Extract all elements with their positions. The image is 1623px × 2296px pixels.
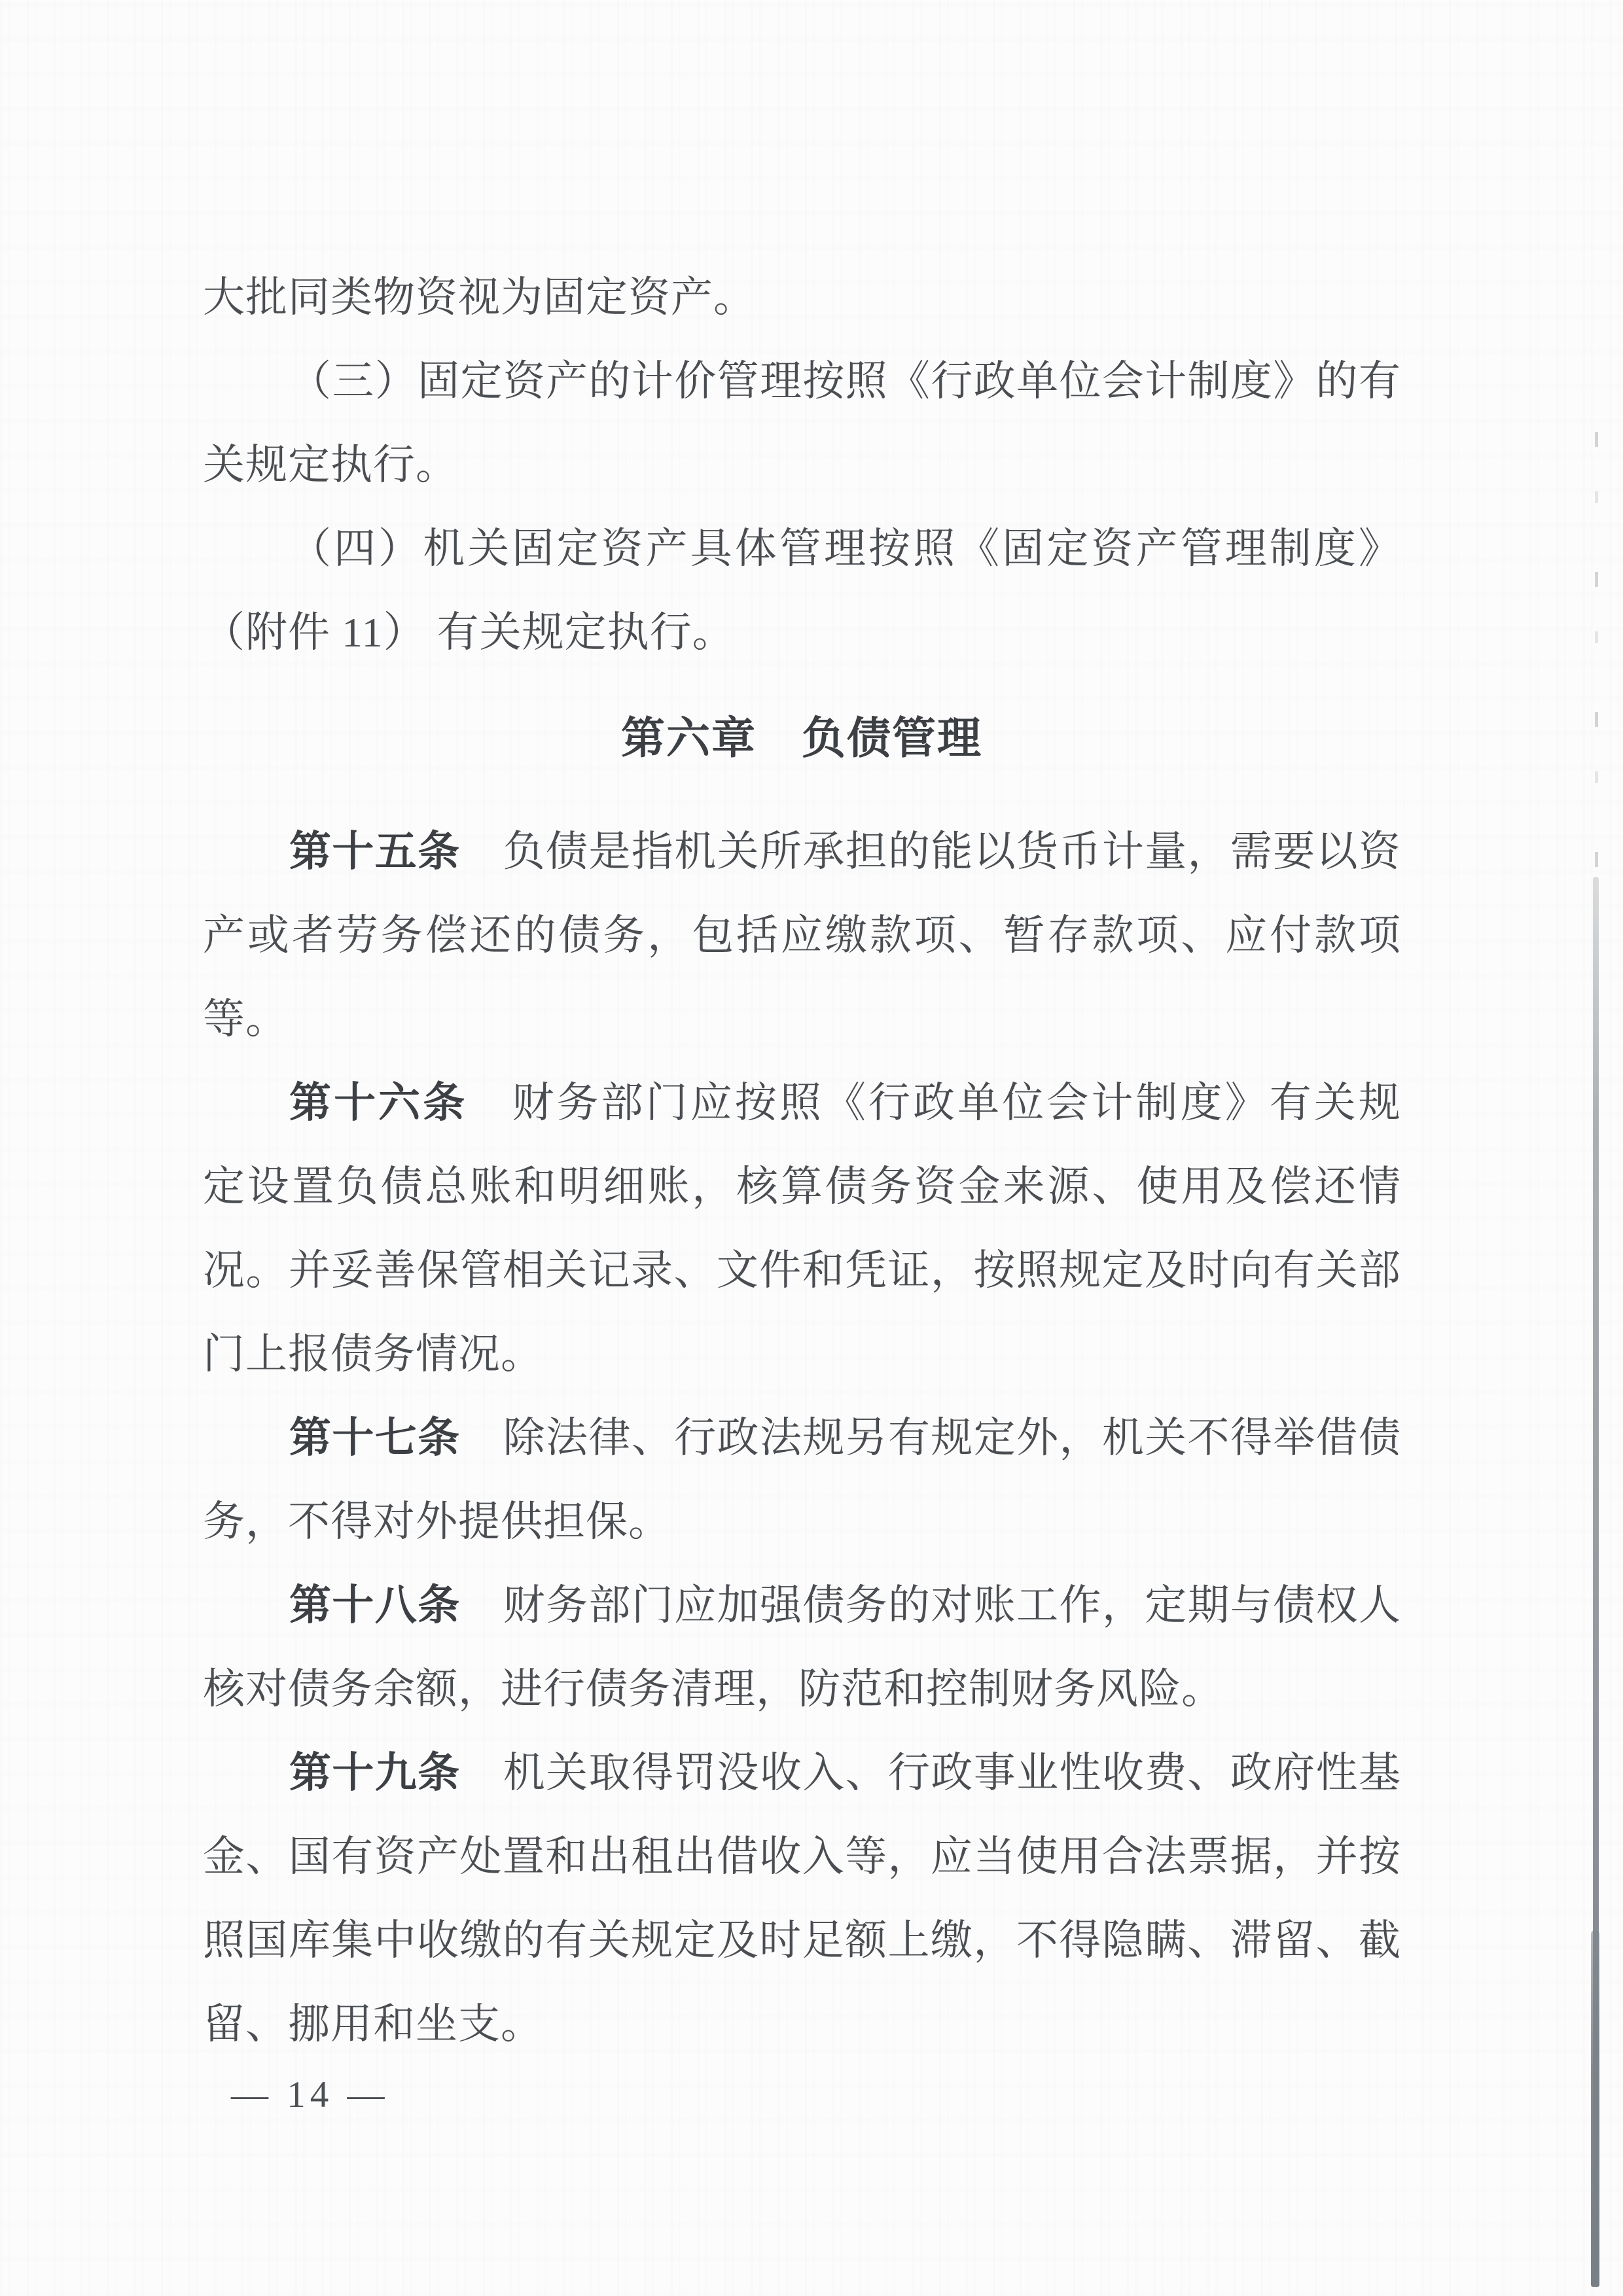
text-line: （附件 11） 有关规定执行。 [203,591,1400,675]
text-line: 产或者劳务偿还的债务，包括应缴款项、暂存款项、应付款项 [203,894,1400,978]
chapter-heading: 第六章 负债管理 [203,697,1400,781]
text-line: 定设置负债总账和明细账，核算债务资金来源、使用及偿还情 [203,1145,1400,1229]
text-line: （四）机关固定资产具体管理按照《固定资产管理制度》 [203,507,1400,591]
text-line: （三）固定资产的计价管理按照《行政单位会计制度》的有 [203,340,1400,423]
text-line: 留、挪用和坐支。 [203,1983,1400,2066]
text-line: 第十五条 负债是指机关所承担的能以货币计量，需要以资 [203,810,1400,894]
text-line: 关规定执行。 [203,423,1400,507]
right-edge-scan-artifact-bottom [1591,1930,1599,2287]
text-line: 第十六条 财务部门应按照《行政单位会计制度》有关规 [203,1061,1400,1145]
text-line: 等。 [203,978,1400,1061]
text-line: 金、国有资产处置和出租出借收入等，应当使用合法票据，并按 [203,1815,1400,1899]
document-lines: 大批同类物资视为固定资产。（三）固定资产的计价管理按照《行政单位会计制度》的有关… [203,256,1400,2066]
text-line: 大批同类物资视为固定资产。 [203,256,1400,340]
text-line: 照国库集中收缴的有关规定及时足额上缴，不得隐瞒、滞留、截 [203,1899,1400,1983]
text-line: 门上报债务情况。 [203,1313,1400,1396]
text-line: 务，不得对外提供担保。 [203,1480,1400,1564]
right-edge-scan-artifact-top [1595,363,1598,900]
text-line: 第十七条 除法律、行政法规另有规定外，机关不得举借债 [203,1396,1400,1480]
document-text-block: 大批同类物资视为固定资产。（三）固定资产的计价管理按照《行政单位会计制度》的有关… [203,0,1400,2115]
scanned-document-page: { "page": { "number_label": "— 14 —", "b… [0,0,1623,2296]
text-line: 第十九条 机关取得罚没收入、行政事业性收费、政府性基 [203,1731,1400,1815]
page-number: — 14 — [231,2075,1400,2115]
text-line: 况。并妥善保管相关记录、文件和凭证，按照规定及时向有关部 [203,1229,1400,1313]
text-line: 第十八条 财务部门应加强债务的对账工作，定期与债权人 [203,1564,1400,1648]
text-line: 核对债务余额，进行债务清理，防范和控制财务风险。 [203,1648,1400,1731]
